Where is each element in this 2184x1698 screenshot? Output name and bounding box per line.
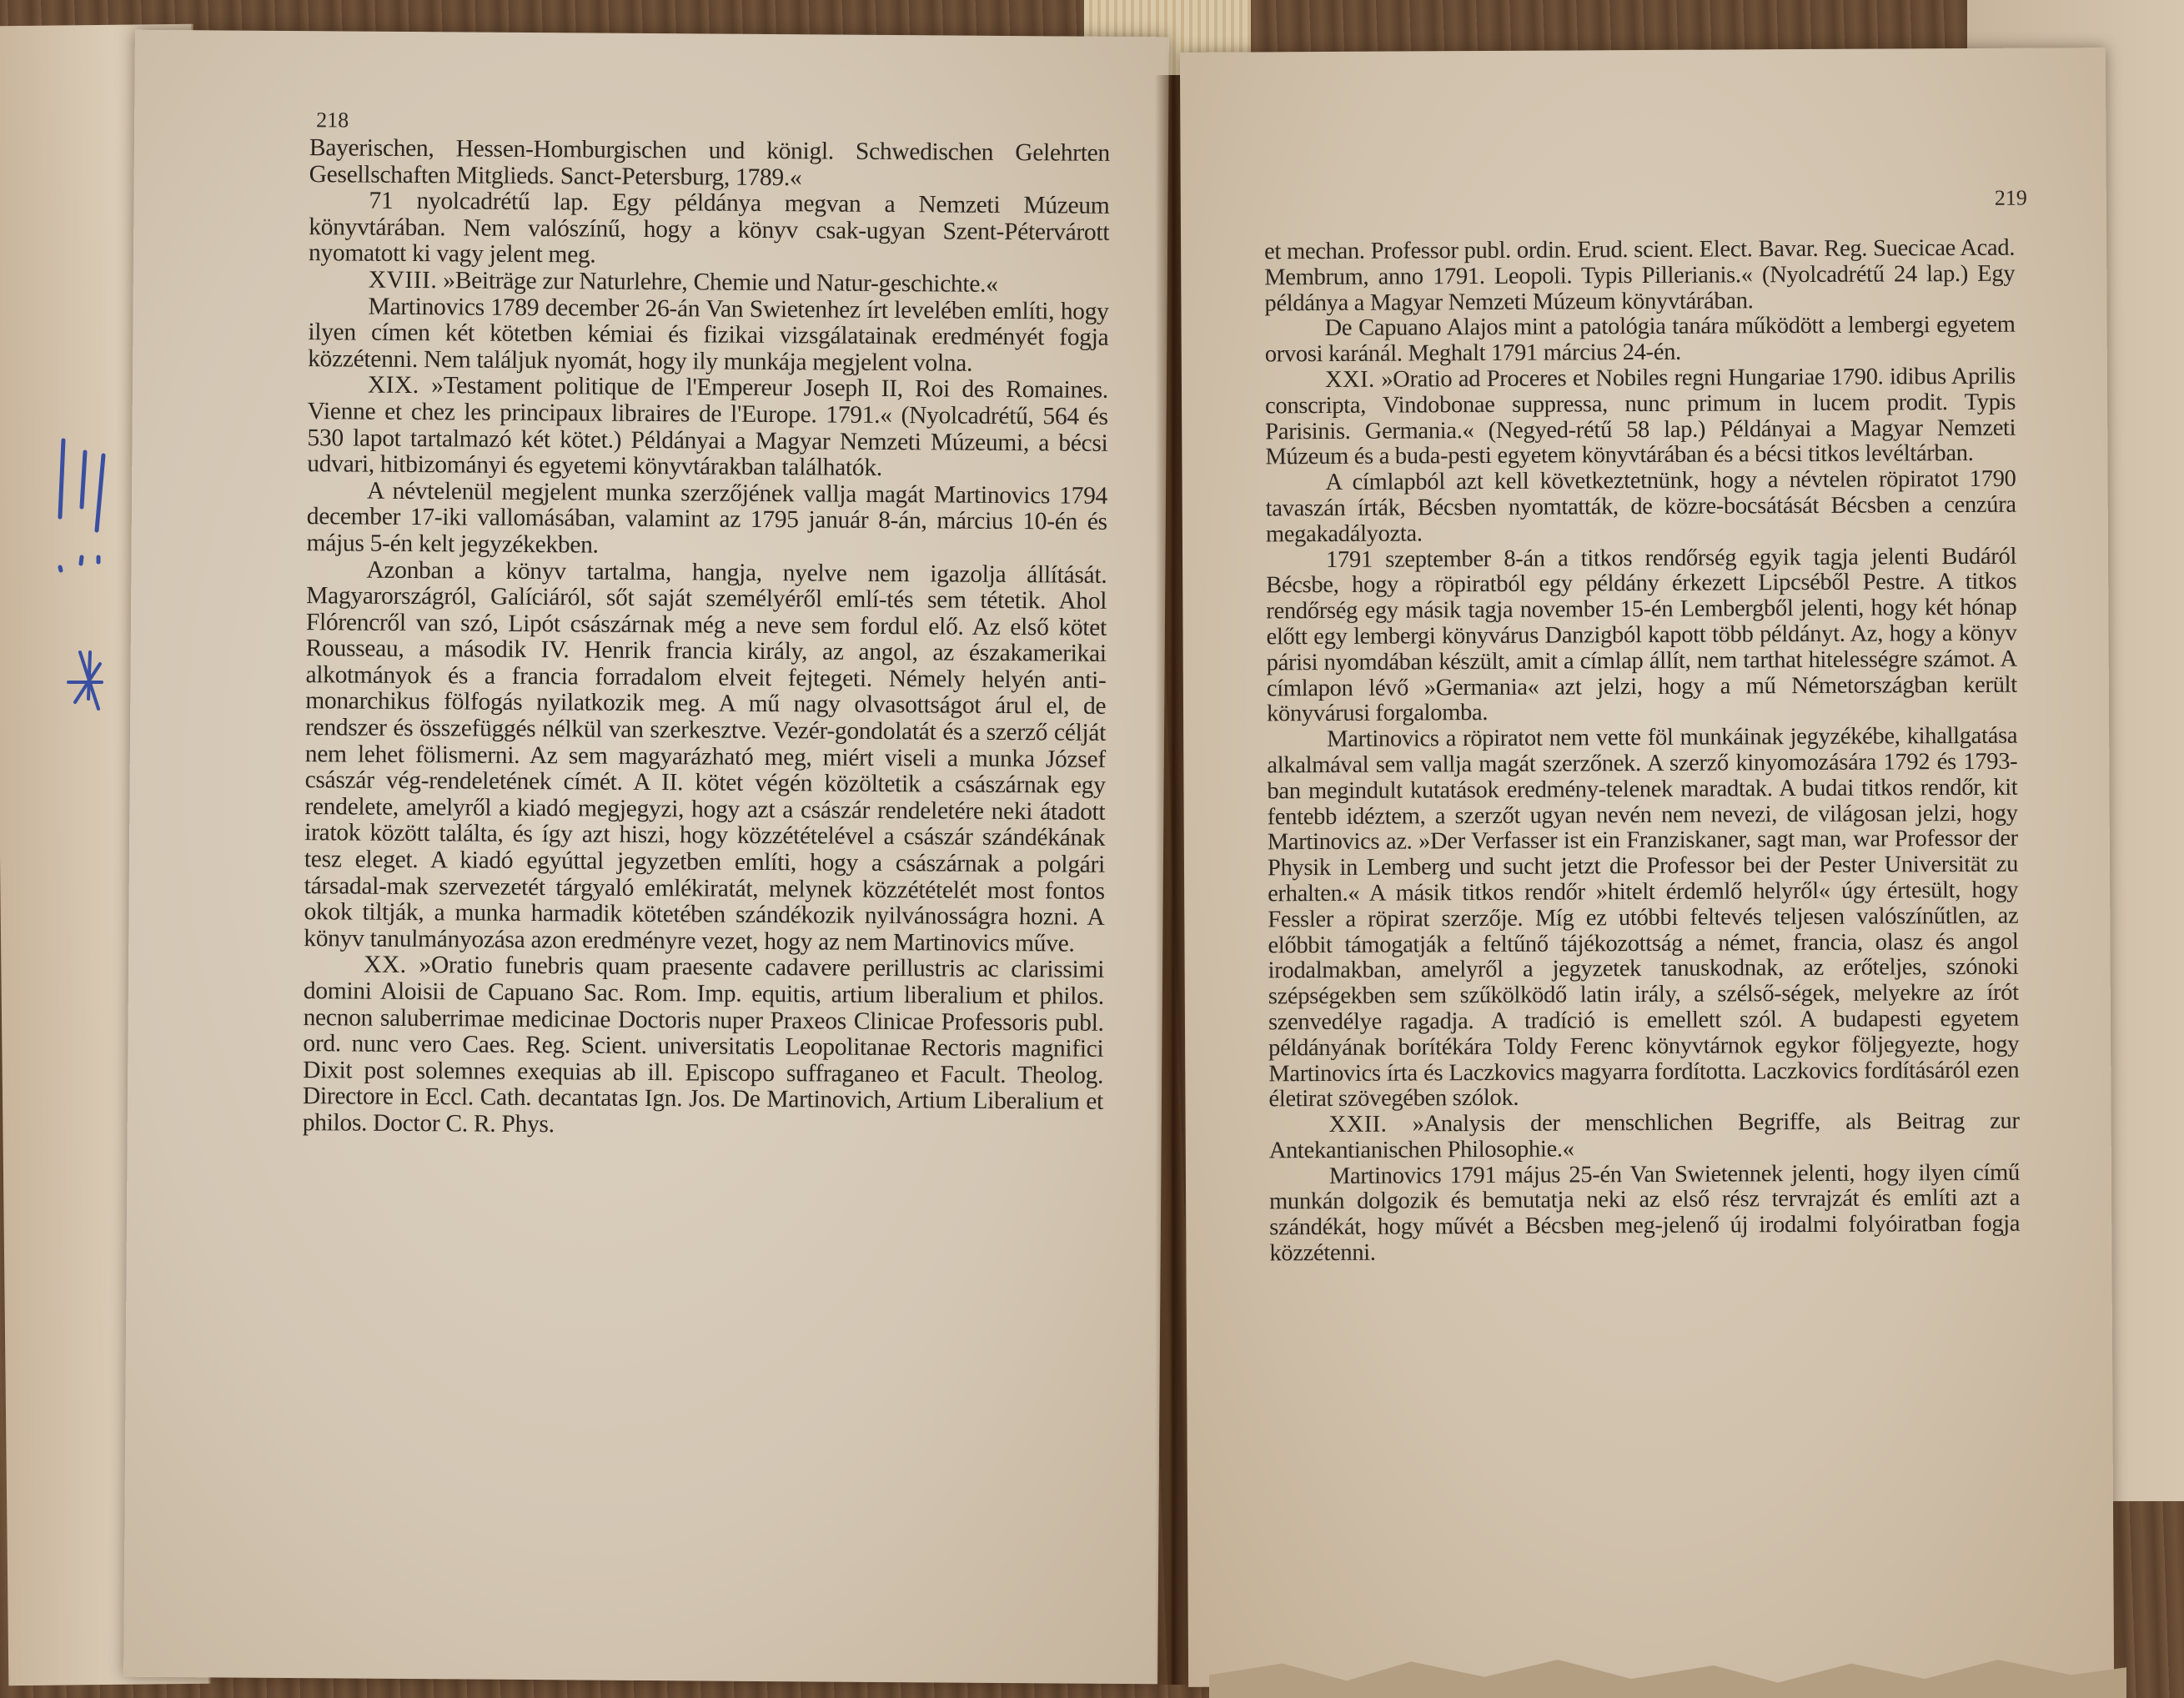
- entry-numeral: XX.: [364, 952, 407, 978]
- entry-title: »Testament politique de l'Empereur Josep…: [307, 373, 1108, 482]
- entry-title: »Oratio funebris quam praesente cadavere…: [303, 952, 1105, 1138]
- paragraph: Martinovics 1789 december 26-án Van Swie…: [308, 294, 1109, 378]
- entry-title: »Beiträge zur Naturlehre, Chemie und Nat…: [443, 267, 997, 298]
- entry-numeral: XXII.: [1329, 1112, 1388, 1138]
- entry-xxi: XXI. »Oratio ad Proceres et Nobiles regn…: [1265, 364, 2016, 471]
- entry-numeral: XXI.: [1325, 367, 1375, 393]
- right-page-text: et mechan. Professor publ. ordin. Erud. …: [1264, 236, 2020, 1268]
- entry-title: »Oratio ad Proceres et Nobiles regni Hun…: [1265, 364, 2016, 470]
- left-page: 218 Bayerischen, Hessen-Homburgischen un…: [123, 30, 1169, 1685]
- entry-numeral: XIX.: [368, 372, 419, 399]
- entry-numeral: XVIII.: [369, 267, 438, 294]
- paragraph: 71 nyolcadrétű lap. Egy példánya megvan …: [309, 188, 1110, 272]
- right-page: 219 et mechan. Professor publ. ordin. Er…: [1180, 48, 2114, 1687]
- paragraph: Martinovics 1791 május 25-én Van Swieten…: [1269, 1160, 2021, 1267]
- page-number-right: 219: [1995, 186, 2027, 211]
- paragraph: A címlapból azt kell következtetnünk, ho…: [1266, 467, 2016, 548]
- entry-xix: XIX. »Testament politique de l'Empereur …: [307, 372, 1108, 483]
- paragraph: A névtelenül megjelent munka szerzőjének…: [307, 478, 1108, 562]
- entry-xxii: XXII. »Analysis der menschlichen Begriff…: [1269, 1109, 2020, 1164]
- asterisk-icon: [68, 652, 102, 709]
- paragraph: et mechan. Professor publ. ordin. Erud. …: [1264, 236, 2015, 317]
- page-number-left: 218: [316, 108, 349, 133]
- paragraph: Azonban a könyv tartalma, hangja, nyelve…: [304, 557, 1107, 958]
- paragraph: 1791 szeptember 8-án a titkos rendőrség …: [1266, 544, 2017, 727]
- paragraph: Bayerischen, Hessen-Homburgischen und kö…: [309, 135, 1110, 193]
- paragraph: De Capuano Alajos mint a patológia tanár…: [1265, 313, 2016, 368]
- pen-annotation-marks: [50, 434, 117, 717]
- left-page-text: Bayerischen, Hessen-Homburgischen und kö…: [303, 135, 1110, 1142]
- entry-xx: XX. »Oratio funebris quam praesente cada…: [303, 952, 1105, 1143]
- paragraph: Martinovics a röpiratot nem vette föl mu…: [1267, 724, 2019, 1113]
- tally-strokes-icon: [60, 440, 103, 570]
